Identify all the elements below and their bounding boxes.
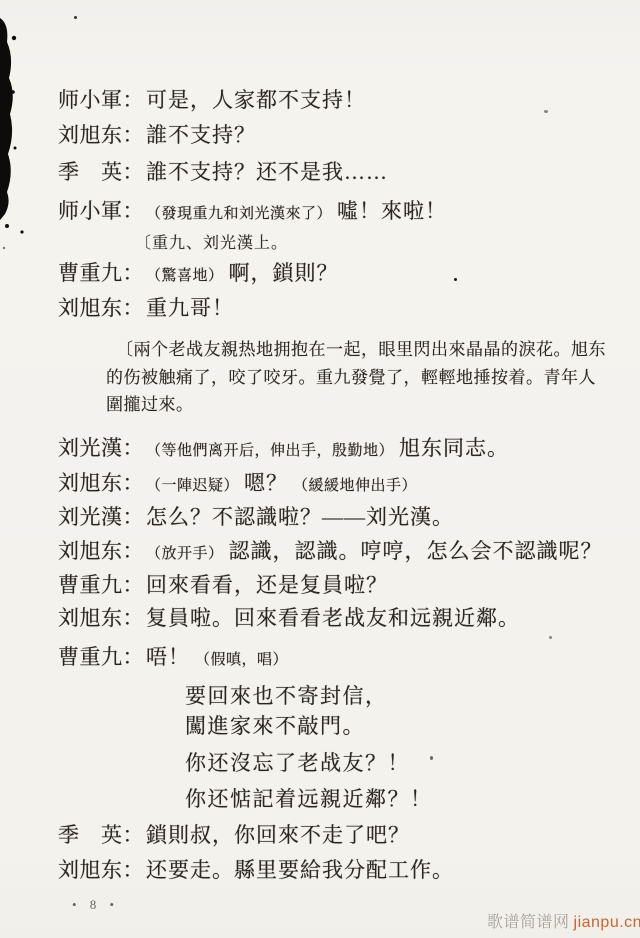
dialogue-text: 复員啦。回來看看老战友和远親近鄰。 xyxy=(146,606,520,630)
stage-direction-inline: （緩緩地伸出手） xyxy=(293,478,417,494)
stage-direction-paragraph: 〔兩个老战友親热地拥抱在一起，眼里閃出來晶晶的淚花。旭东的伤被触痛了，咬了咬牙。… xyxy=(106,336,608,419)
dialogue-line: 刘旭东：还要走。縣里要給我分配工作。 xyxy=(58,856,459,884)
verse-line: 你还惦記着远親近鄰？！ xyxy=(185,785,433,813)
dialogue-text: 嗯？ xyxy=(244,471,288,495)
scanned-script-page: 师小軍：可是，人家都不支持！ 刘旭东：誰不支持？ 季 英：誰不支持？还不是我……… xyxy=(0,0,640,938)
verse-line: 要回來也不寄封信， xyxy=(185,682,388,710)
dialogue-text: 可是，人家都不支持！ xyxy=(146,88,366,112)
speaker-name: 季 英： xyxy=(58,821,146,849)
watermark-site-name: 歌谱简谱网 xyxy=(487,914,570,931)
ink-blob-artifact xyxy=(0,0,36,280)
dialogue-line: 刘旭东：复員啦。回來看看老战友和远親近鄰。 xyxy=(58,604,525,632)
verse-line: 你还沒忘了老战友？！ xyxy=(185,749,410,777)
stage-direction-inline: （發現重九和刘光漢來了） xyxy=(146,206,332,222)
speck xyxy=(544,110,548,113)
stage-direction-inline: （假嗔，唱） xyxy=(195,652,288,668)
speck xyxy=(454,278,457,281)
dialogue-text: 鎖則叔，你回來不走了吧？ xyxy=(146,823,410,847)
speaker-name: 曹重九： xyxy=(58,259,146,287)
page-number: • 8 • xyxy=(72,897,119,913)
verse-line: 闖進家來不敲門。 xyxy=(185,712,365,740)
dialogue-line: 曹重九：回來看看，还是复員啦？ xyxy=(58,571,393,599)
dialogue-line: 刘旭东：誰不支持？ xyxy=(58,121,261,149)
dialogue-text: 旭东同志。 xyxy=(399,436,509,460)
stage-direction-inline: （驚喜地） xyxy=(146,268,224,284)
dialogue-text: 还要走。縣里要給我分配工作。 xyxy=(146,858,454,882)
speaker-name: 季 英： xyxy=(58,158,146,186)
speaker-name: 刘旭东： xyxy=(58,469,146,497)
speaker-name: 曹重九： xyxy=(58,643,146,671)
speaker-name: 师小軍： xyxy=(58,197,146,225)
dialogue-text: 怎么？不認識啦？——刘光漢。 xyxy=(146,505,454,529)
speck xyxy=(74,16,77,19)
dialogue-line: 刘旭东：（一陣迟疑）嗯？（緩緩地伸出手） xyxy=(58,469,422,500)
speaker-name: 刘旭东： xyxy=(58,856,146,884)
dialogue-text: 誰不支持？ xyxy=(146,123,256,147)
dialogue-text: 啊，鎖則？ xyxy=(229,261,339,285)
speck xyxy=(430,756,433,760)
stage-direction-inline: （等他們离开后，伸出手，殷勤地） xyxy=(146,443,394,459)
speaker-name: 师小軍： xyxy=(58,86,146,114)
speaker-name: 刘光漢： xyxy=(58,434,146,462)
dialogue-line: 师小軍：可是，人家都不支持！ xyxy=(58,86,371,114)
dialogue-line: 刘光漢：怎么？不認識啦？——刘光漢。 xyxy=(58,503,459,531)
speaker-name: 刘旭东： xyxy=(58,537,146,565)
dialogue-line: 曹重九：（驚喜地）啊，鎖則？ xyxy=(58,259,344,290)
dialogue-text: 認識，認識。哼哼，怎么会不認識呢？ xyxy=(229,539,603,563)
dialogue-text: 噓！來啦！ xyxy=(337,199,447,223)
speaker-name: 刘旭东： xyxy=(58,604,146,632)
dialogue-text: 誰不支持？还不是我…… xyxy=(146,160,388,184)
speaker-name: 刘光漢： xyxy=(58,503,146,531)
dialogue-line: 刘光漢：（等他們离开后，伸出手，殷勤地）旭东同志。 xyxy=(58,434,514,465)
speaker-name: 曹重九： xyxy=(58,571,146,599)
watermark-site-url: jianpu.cn xyxy=(574,914,640,931)
dialogue-line: 刘旭东：（放开手）認識，認識。哼哼，怎么会不認識呢？ xyxy=(58,537,608,568)
stage-direction-inline: （放开手） xyxy=(146,546,224,562)
dialogue-text: 回來看看，还是复員啦？ xyxy=(146,573,388,597)
dialogue-line: 曹重九：唔！（假嗔，唱） xyxy=(58,643,293,674)
dialogue-text: 唔！ xyxy=(146,645,190,669)
dialogue-line: 季 英：鎖則叔，你回來不走了吧？ xyxy=(58,821,415,849)
speaker-name: 刘旭东： xyxy=(58,121,146,149)
dialogue-line: 季 英：誰不支持？还不是我…… xyxy=(58,158,393,186)
stage-direction-inline: （一陣迟疑） xyxy=(146,478,239,494)
dialogue-line: 刘旭东：重九哥！ xyxy=(58,294,239,322)
speck xyxy=(549,636,552,639)
dialogue-text: 重九哥！ xyxy=(146,296,234,320)
stage-entrance-line: 〔重九、刘光漢上。 xyxy=(135,233,288,255)
speaker-name: 刘旭东： xyxy=(58,294,146,322)
watermark: 歌谱简谱网jianpu.cn xyxy=(487,909,640,932)
dialogue-line: 师小軍：（發現重九和刘光漢來了）噓！來啦！ xyxy=(58,197,452,228)
